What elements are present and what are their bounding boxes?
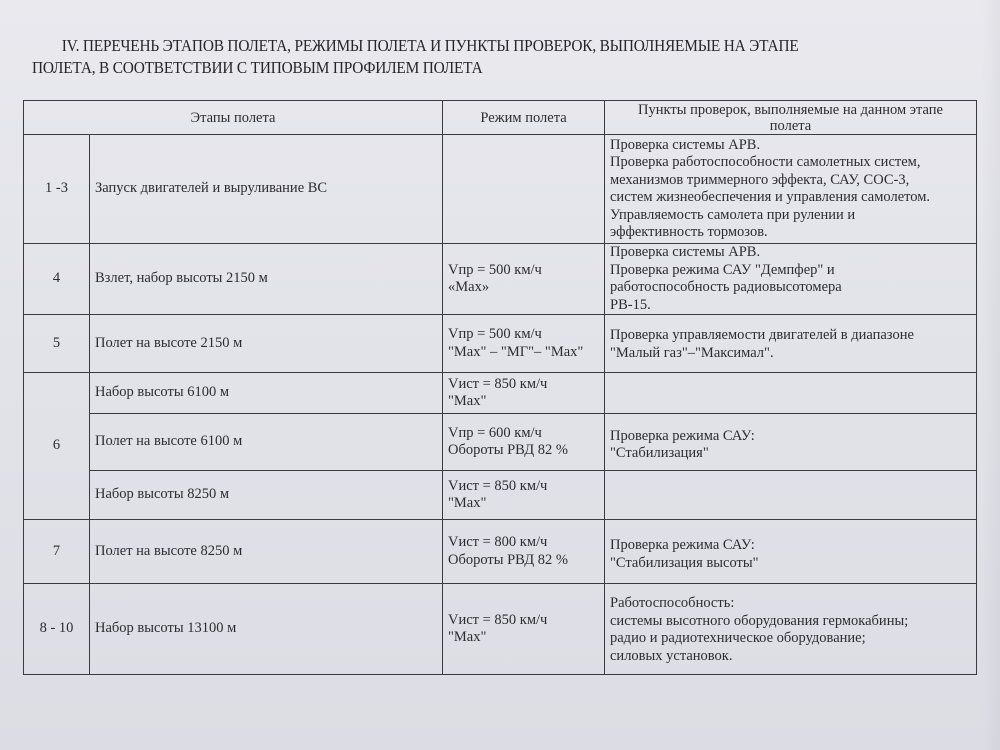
stage-number: 7 [24,520,90,584]
table-header-row: Этапы полета Режим полета Пункты проверо… [24,101,977,135]
check-points [605,471,977,520]
check-points: Проверка управляемости двигателей в диап… [605,315,977,373]
stage-name: Набор высоты 8250 м [90,471,443,520]
mode-line: Vпр = 500 км/ч [448,262,599,280]
check-line: Проверка режима САУ "Демпфер" и [610,262,971,280]
mode-line: "Max" [448,629,599,647]
mode-line: "Max" [448,393,599,411]
header-flight-mode: Режим полета [443,101,605,135]
table-row: 6 Набор высоты 6100 м Vист = 850 км/ч "M… [24,373,977,414]
mode-line: Обороты РВД 82 % [448,442,599,460]
check-line: систем жизнеобеспечения и управления сам… [610,189,971,207]
table-row: 5 Полет на высоте 2150 м Vпр = 500 км/ч … [24,315,977,373]
flight-profile-table: Этапы полета Режим полета Пункты проверо… [23,100,977,675]
stage-number: 4 [24,244,90,315]
section-title-line-2: ПОЛЕТА, В СООТВЕТСТВИИ С ТИПОВЫМ ПРОФИЛЕ… [32,57,916,79]
flight-mode: Vпр = 600 км/ч Обороты РВД 82 % [443,414,605,471]
stage-number: 5 [24,315,90,373]
stage-number: 8 - 10 [24,584,90,675]
stage-name: Полет на высоте 2150 м [90,315,443,373]
stage-name: Набор высоты 13100 м [90,584,443,675]
mode-line: "Max" [448,495,599,513]
header-check-points-line-1: Пункты проверок, выполняемые на данном э… [610,102,971,118]
stage-name: Полет на высоте 6100 м [90,414,443,471]
check-line: работоспособность радиовысотомера [610,279,971,297]
check-line: эффективность тормозов. [610,224,971,242]
check-points: Проверка системы АРВ. Проверка работоспо… [605,135,977,244]
flight-mode: Vпр = 500 км/ч "Max" – "МГ"– "Max" [443,315,605,373]
check-line: Проверка работоспособности самолетных си… [610,154,971,172]
mode-line: Обороты РВД 82 % [448,552,599,570]
stage-number: 1 -3 [24,135,90,244]
flight-mode: Vист = 850 км/ч "Max" [443,584,605,675]
stage-name: Запуск двигателей и выруливание ВС [90,135,443,244]
check-line: "Малый газ"–"Максимал". [610,345,971,363]
check-line: Проверка системы АРВ. [610,244,971,262]
mode-line: Vпр = 500 км/ч [448,326,599,344]
check-points: Проверка режима САУ: "Стабилизация" [605,414,977,471]
check-line: "Стабилизация" [610,445,971,463]
stage-number: 6 [24,373,90,520]
mode-line: Vист = 800 км/ч [448,534,599,552]
mode-line: «Max» [448,279,599,297]
table-row: 7 Полет на высоте 8250 м Vист = 800 км/ч… [24,520,977,584]
document-page: IV. ПЕРЕЧЕНЬ ЭТАПОВ ПОЛЕТА, РЕЖИМЫ ПОЛЕТ… [0,0,1000,750]
check-line: Управляемость самолета при рулении и [610,207,971,225]
check-line: силовых установок. [610,648,971,666]
check-line: РВ-15. [610,297,971,315]
page-edge-shadow [982,0,1000,750]
check-line: механизмов триммерного эффекта, САУ, СОС… [610,172,971,190]
table-row: 1 -3 Запуск двигателей и выруливание ВС … [24,135,977,244]
section-title: IV. ПЕРЕЧЕНЬ ЭТАПОВ ПОЛЕТА, РЕЖИМЫ ПОЛЕТ… [32,35,916,79]
check-points: Проверка режима САУ: "Стабилизация высот… [605,520,977,584]
check-points: Работоспособность: системы высотного обо… [605,584,977,675]
check-line: Проверка системы АРВ. [610,137,971,155]
table-row: Набор высоты 8250 м Vист = 850 км/ч "Max… [24,471,977,520]
check-points [605,373,977,414]
table-row: Полет на высоте 6100 м Vпр = 600 км/ч Об… [24,414,977,471]
table-row: 4 Взлет, набор высоты 2150 м Vпр = 500 к… [24,244,977,315]
check-line: Работоспособность: [610,595,971,613]
check-line: Проверка режима САУ: [610,428,971,446]
section-title-line-1: IV. ПЕРЕЧЕНЬ ЭТАПОВ ПОЛЕТА, РЕЖИМЫ ПОЛЕТ… [32,35,916,57]
check-line: Проверка управляемости двигателей в диап… [610,327,971,345]
header-check-points-line-2: полета [610,118,971,134]
table-row: 8 - 10 Набор высоты 13100 м Vист = 850 к… [24,584,977,675]
mode-line: Vпр = 600 км/ч [448,425,599,443]
header-check-points: Пункты проверок, выполняемые на данном э… [605,101,977,135]
stage-name: Полет на высоте 8250 м [90,520,443,584]
check-line: "Стабилизация высоты" [610,555,971,573]
flight-mode [443,135,605,244]
flight-mode: Vист = 800 км/ч Обороты РВД 82 % [443,520,605,584]
mode-line: Vист = 850 км/ч [448,376,599,394]
header-flight-stages: Этапы полета [24,101,443,135]
check-line: системы высотного оборудования гермокаби… [610,613,971,631]
flight-mode: Vист = 850 км/ч "Max" [443,471,605,520]
check-line: Проверка режима САУ: [610,537,971,555]
mode-line: "Max" – "МГ"– "Max" [448,344,599,362]
check-line: радио и радиотехническое оборудование; [610,630,971,648]
flight-mode: Vпр = 500 км/ч «Max» [443,244,605,315]
mode-line: Vист = 850 км/ч [448,478,599,496]
check-points: Проверка системы АРВ. Проверка режима СА… [605,244,977,315]
mode-line: Vист = 850 км/ч [448,612,599,630]
stage-name: Взлет, набор высоты 2150 м [90,244,443,315]
flight-mode: Vист = 850 км/ч "Max" [443,373,605,414]
stage-name: Набор высоты 6100 м [90,373,443,414]
